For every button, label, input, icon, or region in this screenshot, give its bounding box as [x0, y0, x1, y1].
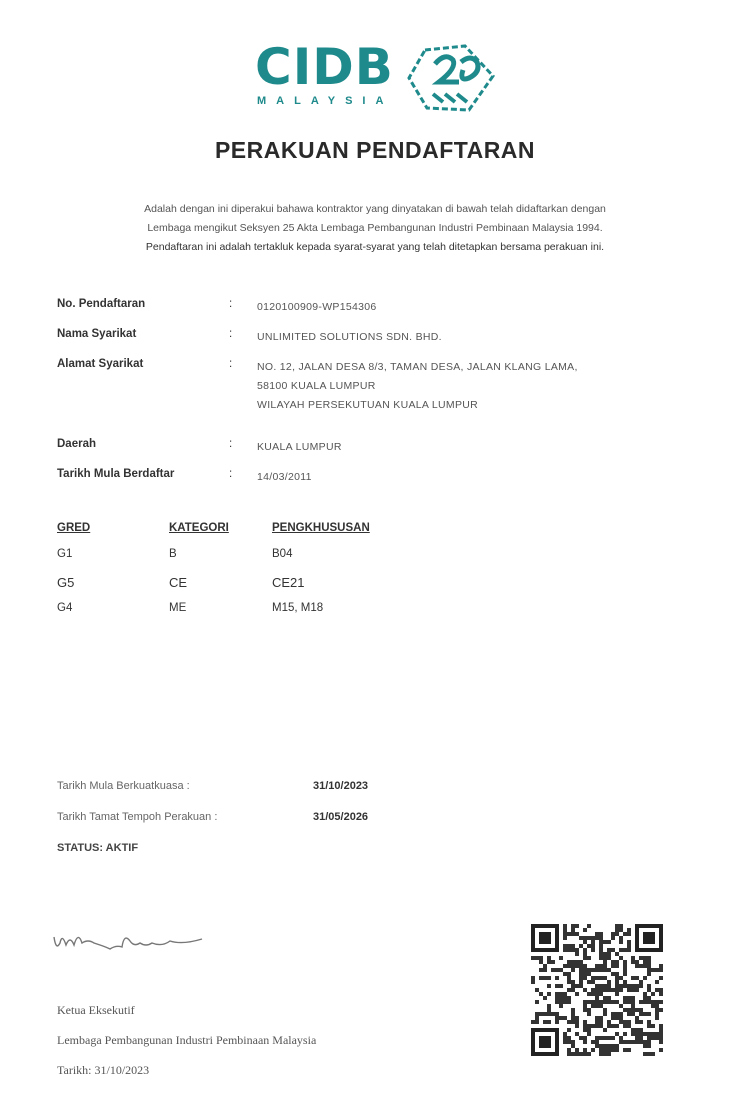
field-value: UNLIMITED SOLUTIONS SDN. BHD.: [257, 328, 442, 347]
field-colon: :: [229, 358, 232, 370]
effective-date-value: 31/10/2023: [313, 780, 368, 792]
grade-cell: G5: [57, 575, 74, 590]
signer-date: Tarikh: 31/10/2023: [57, 1055, 316, 1085]
category-cell: B: [169, 548, 177, 560]
intro-line: Adalah dengan ini diperakui bahawa kontr…: [60, 200, 690, 219]
cidb-logo: CIDB MALAYSIA: [255, 38, 500, 118]
field-colon: :: [229, 298, 232, 310]
signer-block: Ketua Eksekutif Lembaga Pembangunan Indu…: [57, 995, 316, 1085]
qr-code-icon: [531, 922, 663, 1058]
logo-subtitle: MALAYSIA: [257, 95, 393, 107]
category-cell: CE: [169, 575, 187, 590]
specialisation-header: PENGKHUSUSAN: [272, 522, 370, 534]
status-badge: STATUS: AKTIF: [57, 842, 138, 854]
intro-line: Lembaga mengikut Seksyen 25 Akta Lembaga…: [60, 219, 690, 238]
signer-organisation: Lembaga Pembangunan Industri Pembinaan M…: [57, 1025, 316, 1055]
field-colon: :: [229, 468, 232, 480]
field-label: Tarikh Mula Berdaftar: [57, 468, 174, 480]
intro-paragraph: Adalah dengan ini diperakui bahawa kontr…: [60, 200, 690, 257]
category-header: KATEGORI: [169, 522, 229, 534]
field-value: 14/03/2011: [257, 468, 312, 487]
field-colon: :: [229, 438, 232, 450]
field-label: No. Pendaftaran: [57, 298, 145, 310]
field-colon: :: [229, 328, 232, 340]
expiry-date-value: 31/05/2026: [313, 811, 368, 823]
field-value: KUALA LUMPUR: [257, 438, 342, 457]
specialisation-cell: B04: [272, 548, 292, 560]
specialisation-cell: M15, M18: [272, 602, 323, 614]
signer-title: Ketua Eksekutif: [57, 995, 316, 1025]
effective-date-label: Tarikh Mula Berkuatkuasa :: [57, 780, 190, 792]
anniversary-mark-icon: [405, 42, 497, 114]
intro-line: Pendaftaran ini adalah tertakluk kepada …: [60, 238, 690, 257]
field-label: Nama Syarikat: [57, 328, 136, 340]
category-cell: ME: [169, 602, 186, 614]
document-title: PERAKUAN PENDAFTARAN: [0, 137, 750, 164]
grade-cell: G1: [57, 548, 72, 560]
signature-icon: [52, 925, 222, 955]
field-label: Alamat Syarikat: [57, 358, 143, 370]
field-value: 0120100909-WP154306: [257, 298, 377, 317]
logo-brand: CIDB: [255, 38, 394, 96]
grade-header: GRED: [57, 522, 90, 534]
grade-cell: G4: [57, 602, 72, 614]
expiry-date-label: Tarikh Tamat Tempoh Perakuan :: [57, 811, 217, 823]
specialisation-cell: CE21: [272, 575, 305, 590]
field-label: Daerah: [57, 438, 96, 450]
field-value: NO. 12, JALAN DESA 8/3, TAMAN DESA, JALA…: [257, 358, 578, 415]
